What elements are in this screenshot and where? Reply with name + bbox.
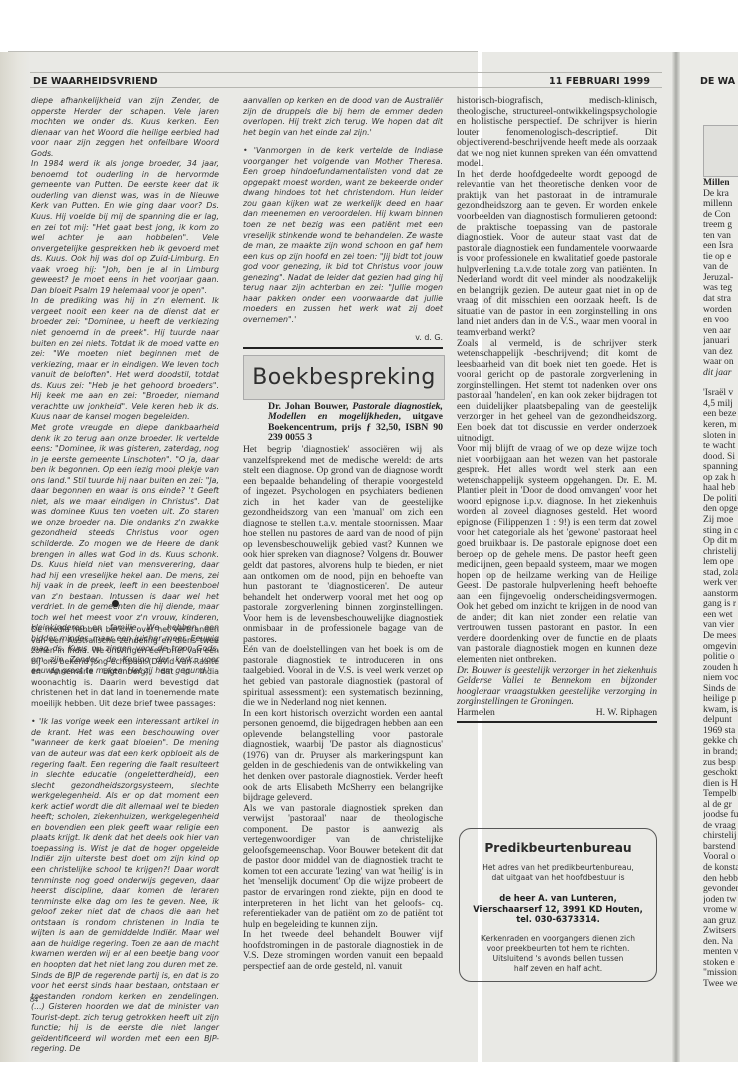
paragraph: • 'Ik las vorige week een interessant ar… (31, 717, 219, 970)
reviewer-line: Harmelen H. W. Riphagen (457, 708, 657, 719)
next-page-banner (703, 125, 738, 177)
page-number: 84 (30, 995, 38, 1004)
section-separator-dot (112, 600, 119, 607)
reviewer-name: H. W. Riphagen (596, 708, 657, 719)
next-page-text-line: in brand; (703, 747, 738, 758)
paragraph: Het begrip 'diagnostiek' associëren wij … (243, 445, 443, 645)
next-page-text-line: de konsta (703, 863, 738, 874)
section-end-rule (243, 347, 443, 349)
section-banner-boekbespreking: Boekbespreking (243, 355, 445, 400)
author-note: Dr. Bouwer is geestelijk verzorger in he… (457, 666, 657, 708)
column-1-bottom: De media hebben bericht over het verbran… (31, 625, 219, 1055)
paragraph: aanvallen op kerken en de dood van de Au… (243, 96, 443, 138)
column-1-top: diepe afhankelijkheid van zijn Zender, d… (31, 96, 219, 676)
infobox-text-line: Uitsluitend 's avonds bellen tussen (460, 954, 656, 964)
next-page-text-line: Twee we (703, 979, 738, 990)
header-rule-bottom (30, 87, 662, 88)
review-body-column-2: Het begrip 'diagnostiek' associëren wij … (243, 445, 443, 972)
next-page-column: Millen De kramillennde Contreem gten van… (703, 178, 738, 990)
infobox-title: Predikbeurtenbureau (460, 841, 656, 855)
paragraph: In het tweede deel behandelt Bouwer vijf… (243, 930, 443, 972)
infobox-note: Kerkenraden en voorgangers dienen zich v… (460, 934, 656, 974)
paragraph: Voor mij blijft de vraag of we op deze w… (457, 444, 657, 665)
paragraph: Sinds de BJP de regerende partij is, en … (31, 971, 219, 1055)
paragraph: In 1984 werd ik als jonge broeder, 34 ja… (31, 159, 219, 296)
next-page-text-line: dat stra (703, 294, 738, 305)
book-citation: Dr. Johan Bouwer, Pastorale diagnostiek,… (268, 402, 443, 443)
header-rule-top (30, 72, 662, 73)
paragraph: historisch-biografisch, medisch-klinisch… (457, 96, 657, 170)
next-page-text-line: Op dit m (703, 536, 738, 547)
next-page-text-line: De mees (703, 631, 738, 642)
infobox-text-line: Het adres van het predikbeurtenbureau, (460, 863, 656, 873)
page-edge-shadow (0, 52, 30, 1062)
book-gutter (672, 52, 680, 1062)
paragraph: In het derde hoofdgedeelte wordt gepoogd… (457, 170, 657, 339)
next-page-italic-line: dit jaar (703, 368, 738, 379)
column-2-top: aanvallen op kerken en de dood van de Au… (243, 96, 443, 349)
infobox-text-line: dat uitgaat van het hoofdbestuur is (460, 873, 656, 883)
paragraph: In een kort historisch overzicht worden … (243, 709, 443, 804)
review-end-rule (457, 721, 657, 723)
next-page-text-line: keren, m (703, 420, 738, 431)
paragraph: diepe afhankelijkheid van zijn Zender, d… (31, 96, 219, 159)
next-page-lines-a: De kramillennde Contreem gten vaneen Isr… (703, 189, 738, 368)
contact-name: de heer A. van Lunteren, (460, 893, 656, 904)
infobox-text-line: half zeven en half acht. (460, 964, 656, 974)
contact-phone: tel. 030-6373314. (460, 914, 656, 925)
infobox-address: de heer A. van Lunteren, Vierschaarserf … (460, 893, 656, 925)
paragraph: Als we van pastorale diagnostiek spreken… (243, 804, 443, 931)
paragraph: • 'Vanmorgen in de kerk vertelde de Indi… (243, 146, 443, 325)
paragraph: In de prediking was hij in z'n element. … (31, 296, 219, 423)
review-body-column-3: historisch-biografisch, medisch-klinisch… (457, 96, 657, 723)
next-page-text-line: Zij moe (703, 515, 738, 526)
next-page-running-head: DE WA (700, 76, 738, 87)
infobox-text-line: Kerkenraden en voorgangers dienen zich (460, 934, 656, 944)
paragraph: Eén van de doelstellingen van het boek i… (243, 645, 443, 708)
running-head-publication: DE WAARHEIDSVRIEND (33, 76, 158, 87)
signoff: v. d. G. (243, 333, 443, 344)
reviewer-place: Harmelen (457, 708, 495, 719)
next-page-heading: Millen (703, 178, 738, 189)
running-head-date: 11 FEBRUARI 1999 (549, 76, 650, 87)
infobox-intro: Het adres van het predikbeurtenbureau, d… (460, 863, 656, 883)
predikbeurtenbureau-box: Predikbeurtenbureau Het adres van het pr… (459, 828, 657, 982)
infobox-text-line: voor preekbeurten tot hem te richten. (460, 944, 656, 954)
next-page-lines-b: 'Israël v4,5 miljeen bezekeren, msloten … (703, 388, 738, 989)
contact-address: Vierschaarserf 12, 3991 KD Houten, (460, 904, 656, 915)
paragraph: Zoals al vermeld, is de schrijver sterk … (457, 339, 657, 444)
paragraph: De media hebben bericht over het verbran… (31, 625, 219, 709)
